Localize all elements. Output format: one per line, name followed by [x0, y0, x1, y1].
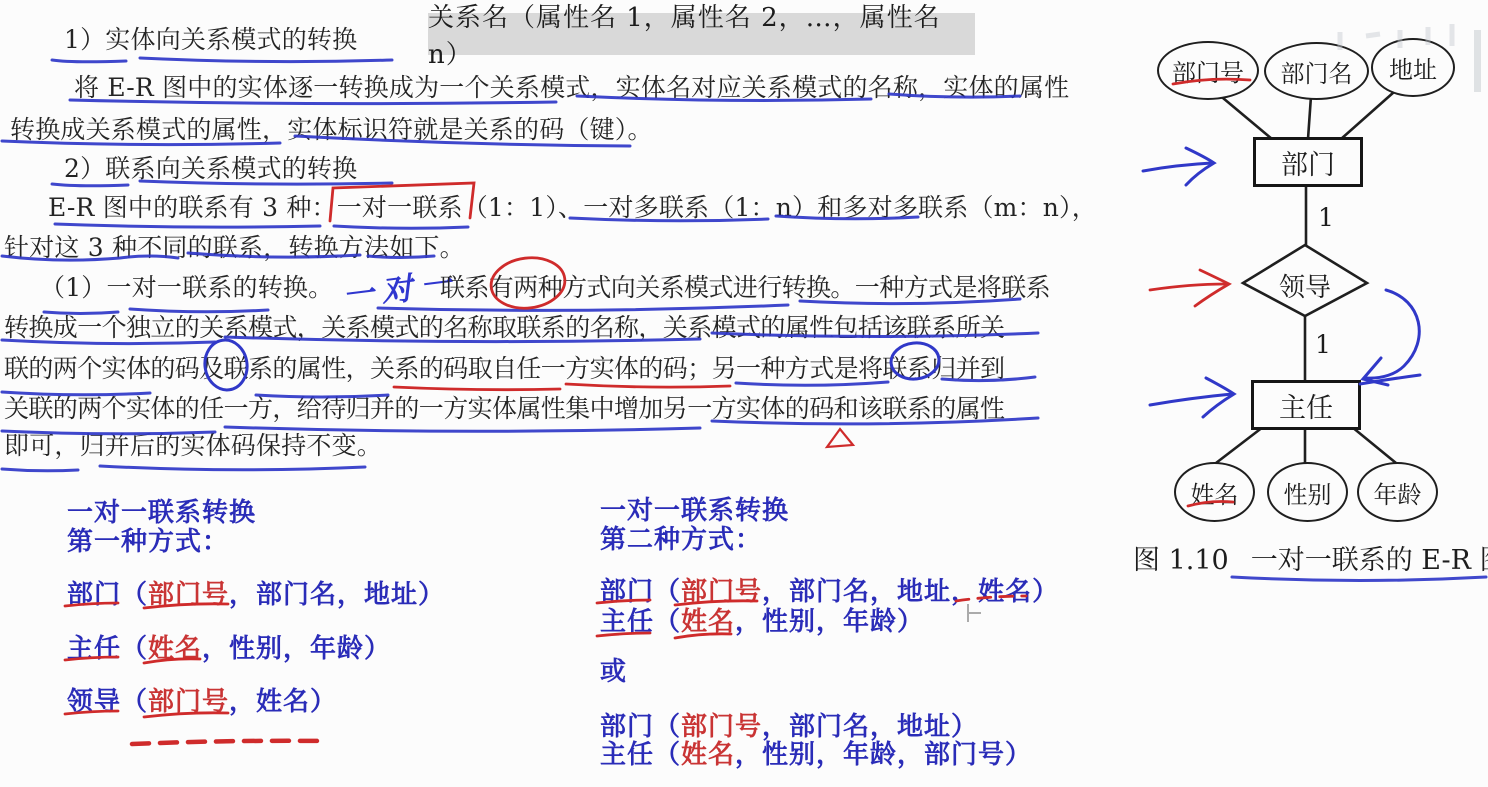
entity-box-department: 部门 — [1253, 137, 1363, 187]
or-label: 或 — [600, 651, 627, 688]
attributes: ，性别，年龄，部门号） — [735, 740, 1032, 770]
connector-entity2-attr6 — [1352, 427, 1396, 463]
red-triangle-mark — [827, 429, 853, 447]
attribute-ellipse-age: 年龄 — [1357, 462, 1438, 522]
attribute-ellipse-dept-no: 部门号 — [1157, 41, 1259, 100]
heading-entity-conversion: 1）实体向关系模式的转换 — [64, 20, 357, 56]
figure-number: 图 1.10 — [1133, 545, 1229, 576]
entity-name: 部门 — [67, 580, 121, 610]
entity-name: 主任 — [600, 740, 654, 770]
method1-subtitle: 第一种方式： — [67, 521, 229, 558]
connector-attr1-entity1 — [1217, 93, 1272, 139]
entity-box-director: 主任 — [1251, 380, 1361, 430]
key-attribute: 部门号 — [148, 580, 229, 610]
paragraph-line: 即可，归并后的实体码保持不变。 — [4, 426, 382, 462]
attribute-ellipse-dept-name: 部门名 — [1264, 42, 1369, 100]
formula-text: 关系名（属性名 1，属性名 2，…，属性名 n） — [428, 0, 975, 71]
key-attribute: 姓名 — [681, 607, 735, 637]
paragraph-line: 转换成关系模式的属性，实体标识符就是关系的码（键）。 — [10, 110, 653, 146]
paragraph-line: 关联的两个实体的任一方，给待归并的一方实体属性集中增加另一方实体的码和该联系的属… — [4, 389, 1004, 425]
attributes: ，性别，年龄） — [202, 634, 391, 664]
paren: （ — [654, 607, 681, 637]
connector-attr3-entity1 — [1341, 92, 1394, 139]
attribute-label: 姓名 — [1191, 475, 1239, 510]
attribute-label: 年龄 — [1374, 475, 1422, 510]
entity-name: 主任 — [67, 634, 121, 664]
figure-caption: 图 1.10一对一联系的 E-R 图 — [1133, 538, 1488, 577]
paragraph-line: 联系有两种方式向关系模式进行转换。一种方式是将联系 — [440, 268, 1050, 304]
paragraph-line: 转换成一个独立的关系模式，关系模式的名称取联系的名称，关系模式的属性包括该联系所… — [4, 308, 1004, 344]
attribute-ellipse-address: 地址 — [1371, 38, 1455, 97]
figure-title: 一对一联系的 E-R 图 — [1251, 545, 1488, 576]
relation-label: 领导 — [1279, 267, 1331, 304]
attribute-ellipse-name: 姓名 — [1174, 462, 1255, 522]
paren: （ — [121, 634, 148, 664]
attribute-label: 部门名 — [1281, 54, 1353, 89]
attribute-ellipse-gender: 性别 — [1267, 462, 1348, 522]
heading-relationship-conversion: 2）联系向关系模式的转换 — [64, 149, 357, 185]
paragraph-line: 联的两个实体的码及联系的属性，关系的码取自任一方实体的码；另一种方式是将联系归并… — [4, 349, 1004, 385]
schema-row: 主任（姓名，性别，年龄） — [600, 601, 924, 638]
attribute-label: 部门号 — [1172, 53, 1244, 88]
attributes: ，性别，年龄） — [735, 607, 924, 637]
paragraph-line: 将 E-R 图中的实体逐一转换成为一个关系模式，实体名对应关系模式的名称，实体的… — [74, 68, 1069, 104]
connector-entity2-attr4 — [1216, 427, 1263, 463]
paren: （ — [654, 740, 681, 770]
paragraph-line: 针对这 3 种不同的联系，转换方法如下。 — [4, 228, 465, 264]
attributes: ，部门名，地址） — [229, 580, 445, 610]
schema-row: 主任（姓名，性别，年龄，部门号） — [600, 734, 1032, 771]
schema-row: 主任（姓名，性别，年龄） — [67, 628, 391, 665]
lecture-slide-page: 关系名（属性名 1，属性名 2，…，属性名 n） 1）实体向关系模式的转换 将 … — [0, 0, 1488, 787]
paragraph-line: E-R 图中的联系有 3 种：一对一联系（1：1）、一对多联系（1：n）和多对多… — [48, 188, 1097, 224]
red-dashed-divider — [132, 741, 324, 744]
attributes: ，姓名） — [229, 687, 337, 717]
entity-label: 部门 — [1281, 143, 1335, 182]
merged-attribute: 姓名 — [978, 577, 1032, 607]
blue-curved-arrow-relation-to-director — [1360, 290, 1420, 385]
key-attribute: 部门号 — [148, 687, 229, 717]
key-attribute: 姓名 — [148, 634, 202, 664]
entity-label: 主任 — [1279, 386, 1333, 425]
entity-name: 领导 — [67, 687, 121, 717]
method2-subtitle: 第二种方式： — [600, 519, 762, 556]
attribute-label: 地址 — [1389, 50, 1437, 85]
schema-row: 部门（部门号，部门名，地址） — [67, 574, 445, 611]
attribute-label: 性别 — [1284, 475, 1332, 510]
relation-schema-formula-box: 关系名（属性名 1，属性名 2，…，属性名 n） — [428, 13, 975, 55]
entity-name: 主任 — [600, 607, 654, 637]
schema-row: 领导（部门号，姓名） — [67, 681, 337, 718]
cardinality-bottom: 1 — [1315, 330, 1331, 359]
cardinality-top: 1 — [1318, 203, 1334, 232]
red-arrow-to-relation — [1150, 270, 1229, 306]
paren: （ — [121, 580, 148, 610]
paragraph-line: （1）一对一联系的转换。 — [40, 268, 333, 304]
paren: ） — [1032, 577, 1059, 607]
blue-arrow-to-director — [1150, 378, 1234, 417]
connector-attr2-entity1 — [1308, 96, 1311, 139]
blue-arrow-to-department — [1143, 148, 1214, 185]
paren: （ — [121, 687, 148, 717]
key-attribute: 姓名 — [681, 740, 735, 770]
